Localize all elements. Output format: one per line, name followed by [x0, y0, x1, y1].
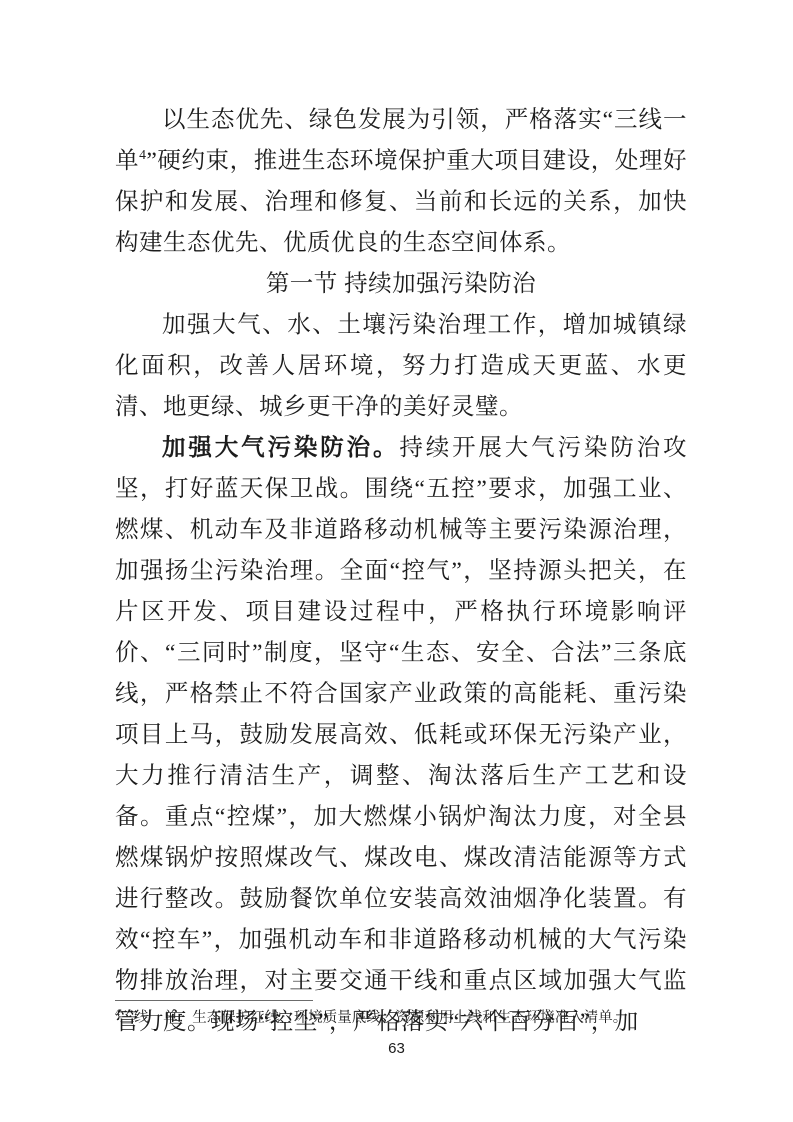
paragraph-overview: 加强大气、水、土壤污染治理工作，增加城镇绿化面积，改善人居环境，努力打造成天更蓝… — [115, 305, 687, 428]
paragraph-air-pollution-lead: 加强大气污染防治。 — [162, 435, 399, 461]
section-heading: 第一节 持续加强污染防治 — [115, 264, 687, 305]
footnote-divider — [115, 1000, 313, 1001]
page-number: 63 — [0, 1040, 793, 1057]
footnote-text: 三线一单：生态保护红线、环境质量底线、资源利用上线和生态环境准入清单。 — [120, 1010, 628, 1026]
paragraph-intro-text-end: ”硬约束，推进生态环境保护重大项目建设，处理好保护和发展、治理和修复、当前和长远… — [115, 148, 687, 256]
paragraph-air-pollution-body: 持续开展大气污染防治攻坚，打好蓝天保卫战。围绕“五控”要求，加强工业、燃煤、机动… — [115, 435, 687, 1035]
paragraph-intro: 以生态优先、绿色发展为引领，严格落实“三线一单4”硬约束，推进生态环境保护重大项… — [115, 100, 687, 264]
paragraph-air-pollution: 加强大气污染防治。持续开展大气污染防治攻坚，打好蓝天保卫战。围绕“五控”要求，加… — [115, 428, 687, 1043]
document-body: 以生态优先、绿色发展为引领，严格落实“三线一单4”硬约束，推进生态环境保护重大项… — [115, 100, 687, 1043]
document-page: 以生态优先、绿色发展为引领，严格落实“三线一单4”硬约束，推进生态环境保护重大项… — [0, 0, 793, 1122]
footnote: 4三线一单：生态保护红线、环境质量底线、资源利用上线和生态环境准入清单。 — [115, 1008, 687, 1028]
